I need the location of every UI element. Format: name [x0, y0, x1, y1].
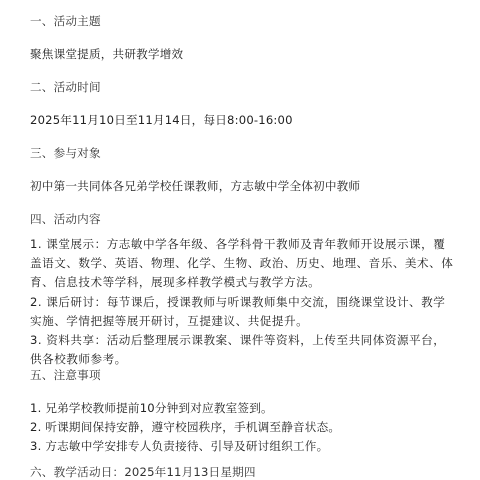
- section-body-participants: 初中第一共同体各兄弟学校任课教师，方志敏中学全体初中教师: [30, 179, 360, 193]
- section-heading-notes: 五、注意事项: [30, 368, 101, 382]
- content-item-classroom-demo: 1. 课堂展示：方志敏中学各年级、各学科骨干教师及青年教师开设展示课，覆盖语文、…: [30, 235, 454, 293]
- section-heading-participants: 三、参与对象: [30, 146, 101, 160]
- notes-item-3: 3. 方志敏中学安排专人负责接待、引导及研讨组织工作。: [30, 439, 328, 453]
- section-heading-activity-day: 六、教学活动日：2025年11月13日星期四: [30, 465, 256, 479]
- section-body-time: 2025年11月10日至11月14日，每日8:00-16:00: [30, 113, 293, 127]
- notes-item-2: 2. 听课期间保持安静，遵守校园秩序，手机调至静音状态。: [30, 420, 340, 434]
- content-item-post-class-discussion: 2. 课后研讨：每节课后，授课教师与听课教师集中交流，围绕课堂设计、教学实施、学…: [30, 293, 454, 331]
- section-body-theme: 聚焦课堂提质，共研教学增效: [30, 47, 183, 61]
- section-heading-content: 四、活动内容: [30, 212, 101, 226]
- content-item-resource-sharing: 3. 资料共享：活动后整理展示课教案、课件等资料，上传至共同体资源平台，供各校教…: [30, 331, 454, 369]
- section-heading-theme: 一、活动主题: [30, 14, 101, 28]
- notes-item-1: 1. 兄弟学校教师提前10分钟到对应教室签到。: [30, 401, 273, 415]
- section-heading-time: 二、活动时间: [30, 80, 101, 94]
